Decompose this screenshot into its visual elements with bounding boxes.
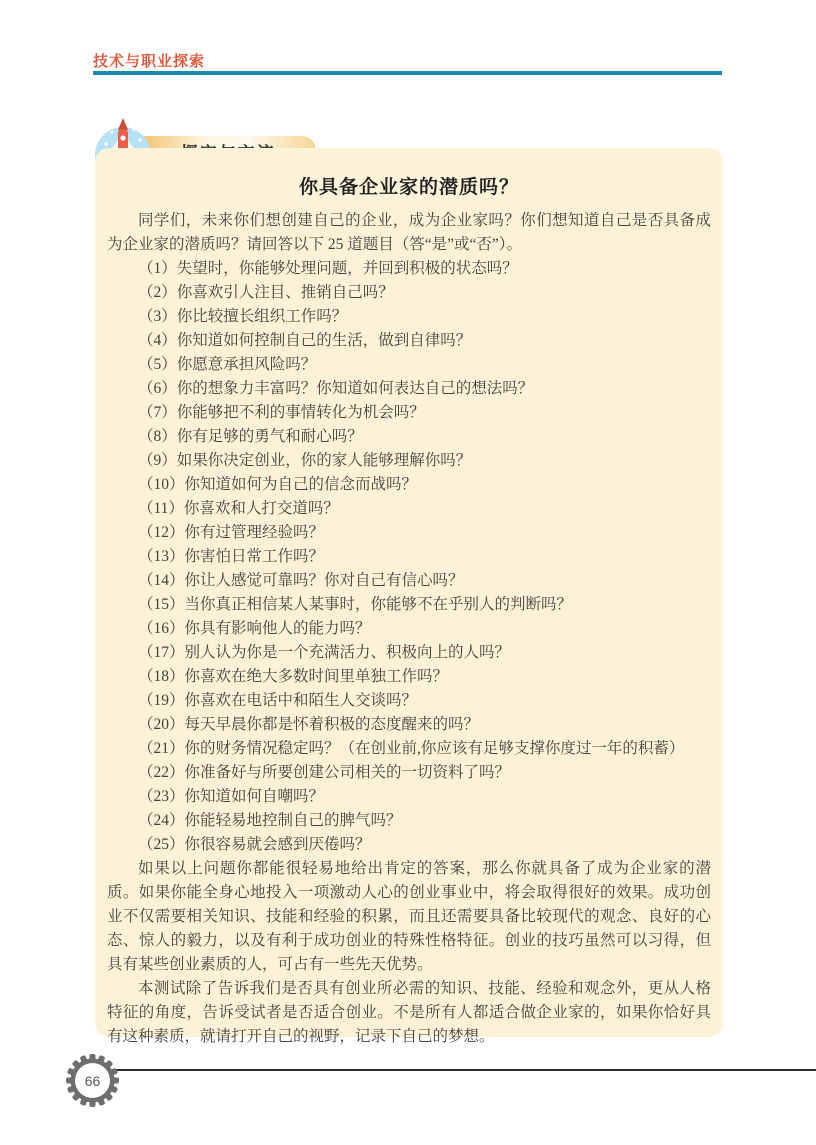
question-line: （1）失望时，你能够处理问题，并回到积极的状态吗？ — [107, 257, 711, 281]
question-line: （25）你很容易就会感到厌倦吗？ — [107, 833, 711, 857]
question-line: （7）你能够把不利的事情转化为机会吗？ — [107, 401, 711, 425]
question-line: （16）你具有影响他人的能力吗？ — [107, 617, 711, 641]
question-line: （2）你喜欢引人注目、推销自己吗？ — [107, 281, 711, 305]
activity-intro: 同学们，未来你们想创建自己的企业，成为企业家吗？你们想知道自己是否具备成为企业家… — [107, 209, 711, 257]
question-line: （3）你比较擅长组织工作吗？ — [107, 305, 711, 329]
activity-title: 你具备企业家的潜质吗？ — [107, 172, 711, 199]
question-line: （14）你让人感觉可靠吗？你对自己有信心吗？ — [107, 569, 711, 593]
question-line: （13）你害怕日常工作吗？ — [107, 545, 711, 569]
question-line: （15）当你真正相信某人某事时，你能够不在乎别人的判断吗？ — [107, 593, 711, 617]
question-line: （24）你能轻易地控制自己的脾气吗？ — [107, 809, 711, 833]
question-line: （8）你有足够的勇气和耐心吗？ — [107, 425, 711, 449]
question-list: （1）失望时，你能够处理问题，并回到积极的状态吗？（2）你喜欢引人注目、推销自己… — [107, 257, 711, 857]
question-line: （4）你知道如何控制自己的生活，做到自律吗？ — [107, 329, 711, 353]
page-number: 66 — [85, 1073, 101, 1089]
conclusion-paragraphs: 如果以上问题你都能很轻易地给出肯定的答案，那么你就具备了成为企业家的潜质。如果你… — [107, 857, 711, 1049]
question-line: （10）你知道如何为自己的信念而战吗？ — [107, 473, 711, 497]
activity-box: 你具备企业家的潜质吗？ 同学们，未来你们想创建自己的企业，成为企业家吗？你们想知… — [95, 148, 723, 1037]
running-head-title: 技术与职业探索 — [93, 50, 205, 71]
question-line: （6）你的想象力丰富吗？你知道如何表达自己的想法吗？ — [107, 377, 711, 401]
question-line: （19）你喜欢在电话中和陌生人交谈吗？ — [107, 689, 711, 713]
question-line: （18）你喜欢在绝大多数时间里单独工作吗？ — [107, 665, 711, 689]
question-line: （20）每天早晨你都是怀着积极的态度醒来的吗？ — [107, 713, 711, 737]
question-line: （9）如果你决定创业，你的家人能够理解你吗？ — [107, 449, 711, 473]
conclusion-paragraph: 如果以上问题你都能很轻易地给出肯定的答案，那么你就具备了成为企业家的潜质。如果你… — [107, 857, 711, 977]
question-line: （21）你的财务情况稳定吗？（在创业前,你应该有足够支撑你度过一年的积蓄） — [107, 737, 711, 761]
header-rule — [93, 71, 722, 75]
question-line: （23）你知道如何自嘲吗？ — [107, 785, 711, 809]
conclusion-paragraph: 本测试除了告诉我们是否具有创业所必需的知识、技能、经验和观念外，更从人格特征的角… — [107, 977, 711, 1049]
textbook-page: { "header": { "running_title": "技术与职业探索"… — [0, 0, 816, 1145]
question-line: （5）你愿意承担风险吗？ — [107, 353, 711, 377]
page-number-gear-icon: 66 — [66, 1054, 119, 1107]
question-line: （12）你有过管理经验吗？ — [107, 521, 711, 545]
question-line: （11）你喜欢和人打交道吗？ — [107, 497, 711, 521]
footer-rule — [112, 1069, 816, 1071]
question-line: （22）你准备好与所要创建公司相关的一切资料了吗？ — [107, 761, 711, 785]
question-line: （17）别人认为你是一个充满活力、积极向上的人吗？ — [107, 641, 711, 665]
